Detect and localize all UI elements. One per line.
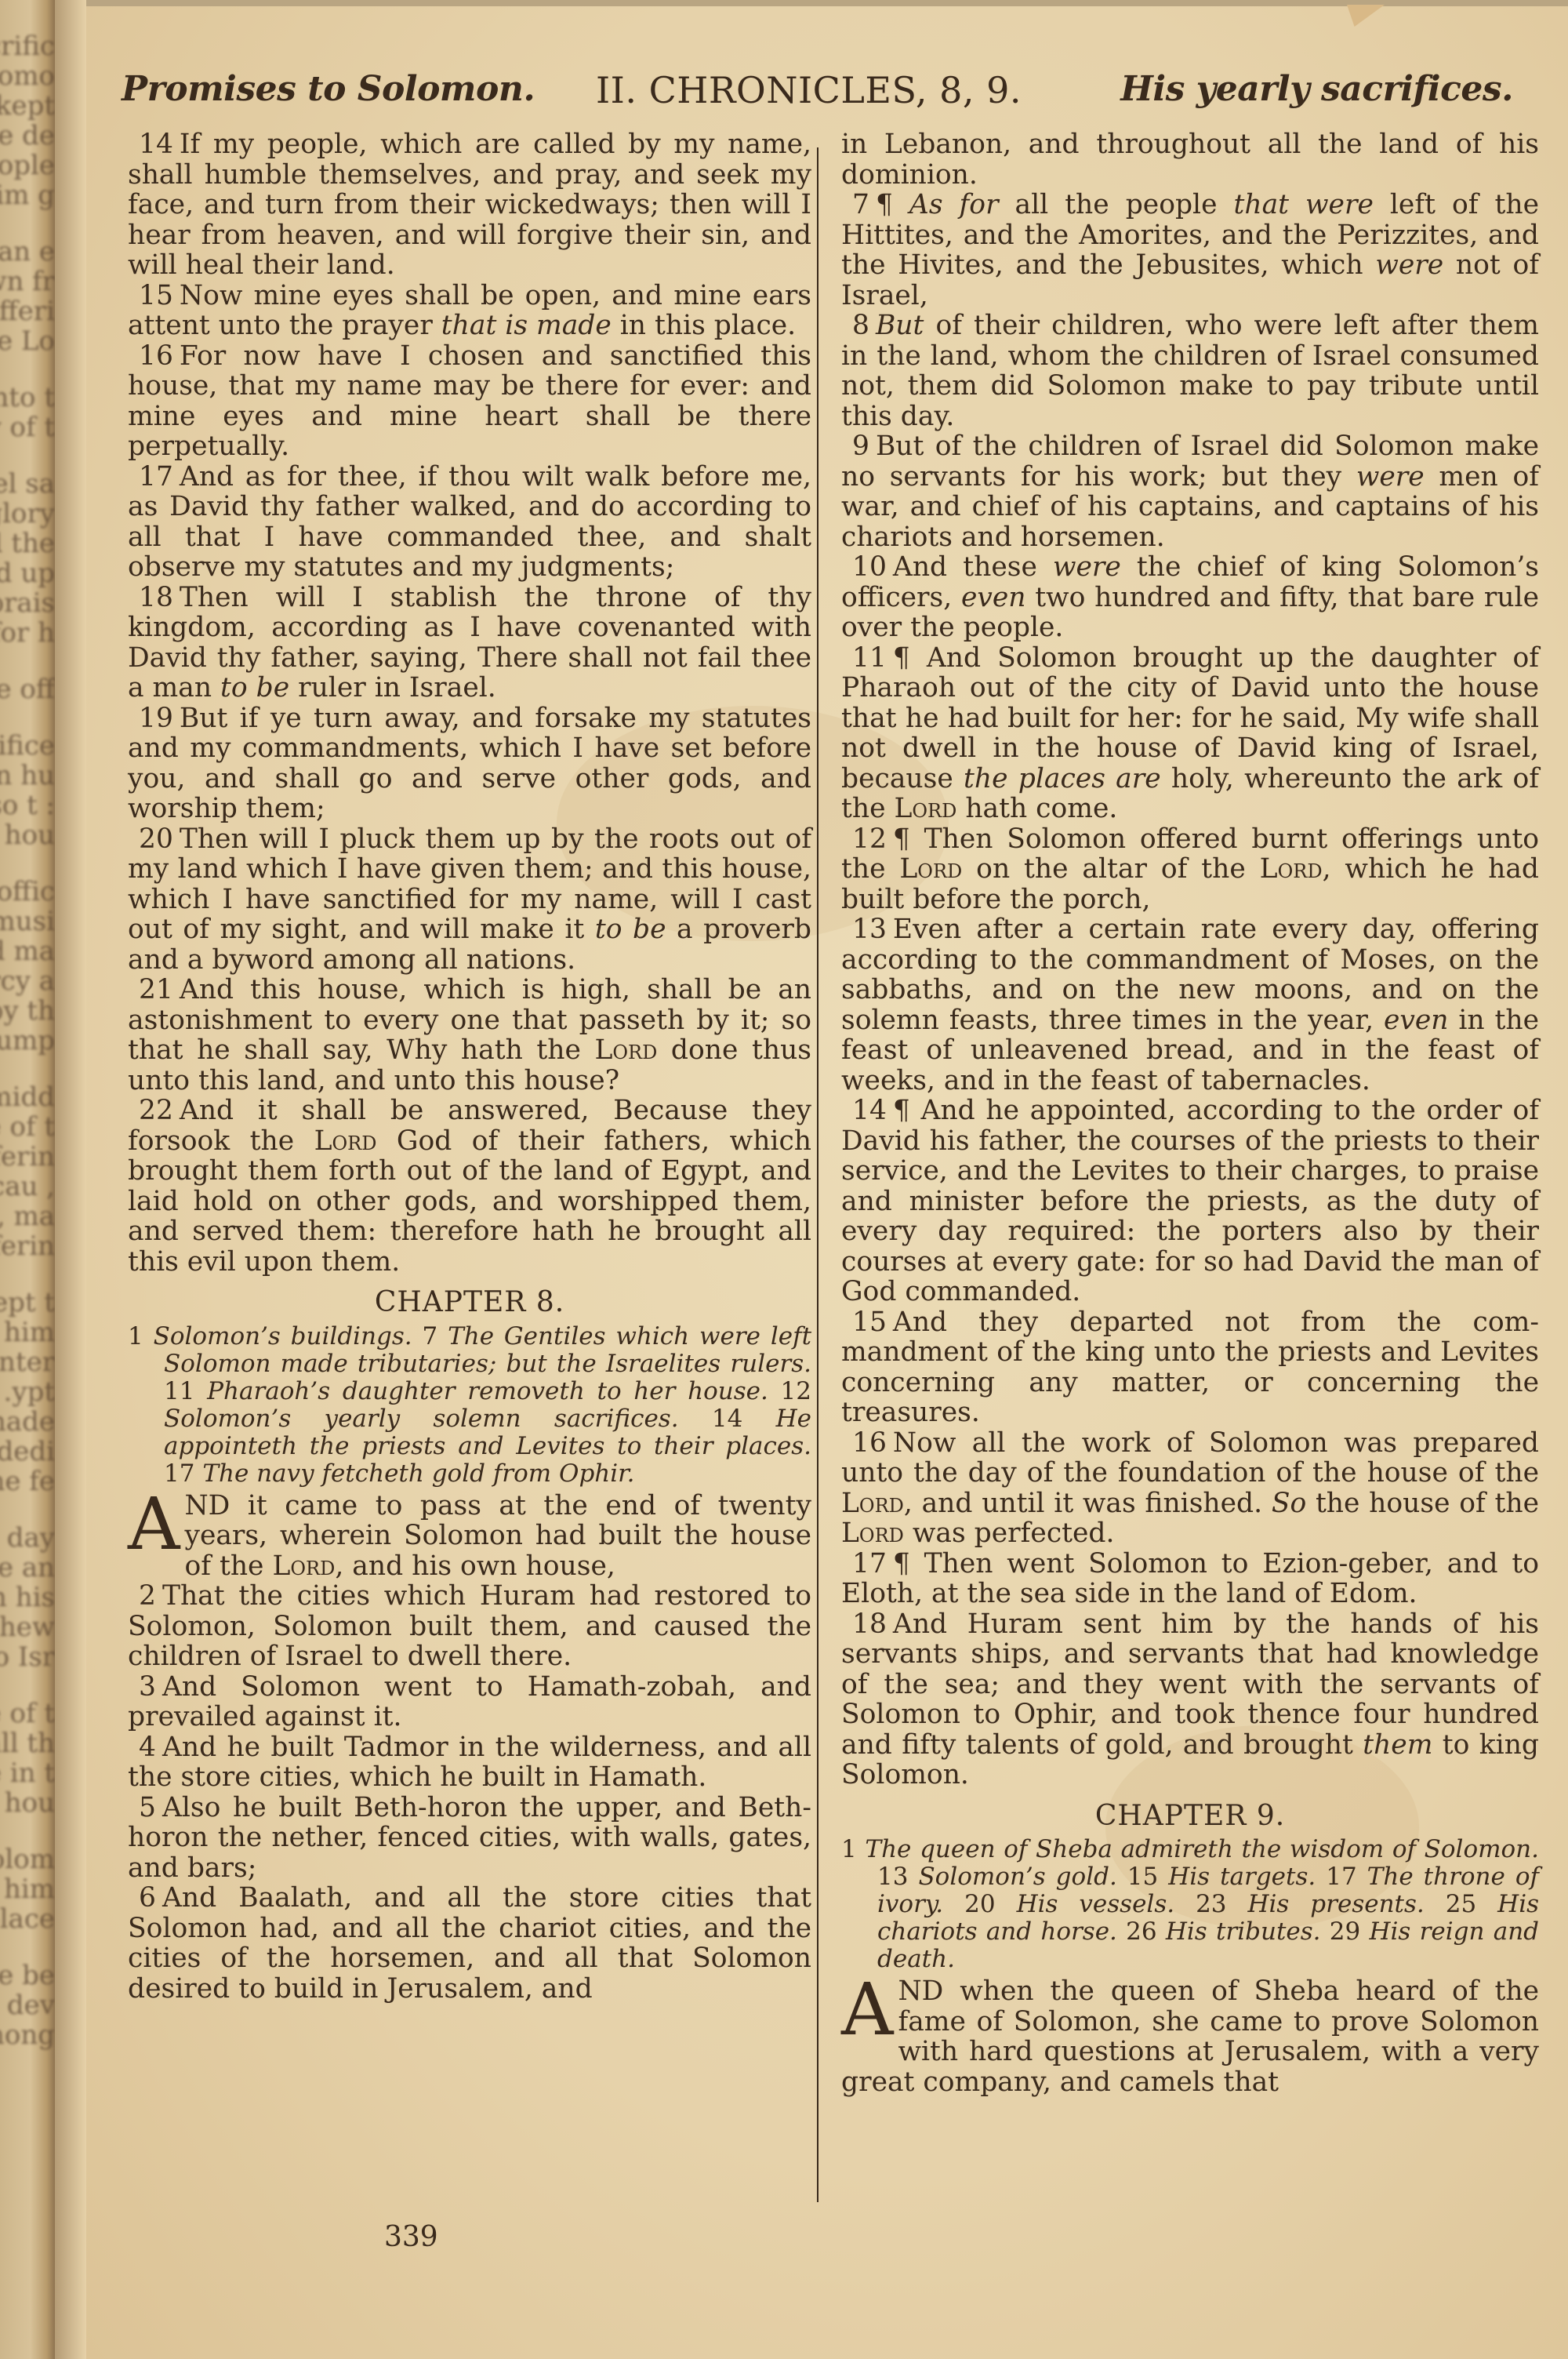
facing-page-fragment: ve him — [0, 1874, 55, 1904]
verse-number: 9 — [852, 431, 869, 462]
verse: 4And he built Tadmor in the wilderness, … — [128, 1732, 811, 1793]
running-header: Promises to Solomon. II. CHRONICLES, 8, … — [122, 69, 1513, 113]
verse-number: 18 — [852, 1608, 887, 1640]
page-top-edge — [86, 0, 1568, 6]
verse-number: 18 — [139, 582, 173, 613]
verse-number: 8 — [852, 310, 869, 341]
gutter-shadow — [55, 0, 86, 2359]
verse: 16Now all the work of Solomon was pre­pa… — [841, 1428, 1539, 1549]
facing-page-fragment — [0, 648, 55, 674]
facing-page-fragment: the Lo — [0, 326, 55, 356]
verse-number: 13 — [852, 914, 887, 945]
verse: 21And this house, which is high, shall b… — [128, 975, 811, 1096]
text-segment: the house of the — [1306, 1488, 1539, 1519]
facing-page-fragment: enter — [0, 1347, 55, 1377]
verse: 16For now have I chosen and sanctified t… — [128, 341, 811, 462]
verse-number: 17 — [139, 461, 173, 493]
verse-number: 5 — [139, 1792, 156, 1823]
text-segment: all the people — [999, 189, 1234, 220]
facing-page-fragment: into t — [0, 383, 55, 413]
facing-page-fragment: had ma — [0, 936, 55, 966]
text-segment: And Solomon went to Hamath-zobah, and pr… — [128, 1671, 811, 1733]
small-caps-lord: Lord — [314, 1125, 377, 1157]
facing-page-fragment: glory — [0, 499, 55, 529]
text-segment: on the altar of the — [962, 853, 1259, 885]
text-segment: 17 — [164, 1459, 202, 1488]
chapter-8-summary: 1 Solomon’s buildings. 7 The Gentiles wh… — [128, 1323, 811, 1488]
italic-text: were — [1375, 249, 1443, 281]
facing-page-fragment: ple off — [0, 674, 55, 704]
facing-page-fragment: offerin — [0, 1231, 55, 1261]
facing-page-fragment: ple an — [0, 1553, 55, 1583]
facing-page-fragment: ry of t — [0, 413, 55, 442]
pilcrow-icon: ¶ — [876, 189, 909, 220]
facing-page-fragment: f musi — [0, 907, 55, 936]
text-segment: And he appointed, according to the order… — [841, 1095, 1539, 1307]
text-segment: of their children, who were left after t… — [841, 310, 1539, 432]
facing-page-fragment — [0, 850, 55, 877]
text-segment: And they departed not from the com­mandm… — [841, 1307, 1539, 1429]
chapter-9-opening-verse: A ND when the queen of Sheba heard of th… — [841, 1976, 1539, 2097]
facing-page-fragment: an e — [0, 237, 55, 267]
text-segment: But if ye turn away, and forsake my stat… — [128, 703, 811, 825]
facing-page-fragment — [0, 1496, 55, 1523]
text-segment: 25 — [1446, 1890, 1497, 1918]
continuation-text: in Lebanon, and throughout all the land … — [841, 129, 1539, 190]
verse-number: 16 — [852, 1427, 887, 1459]
facing-page-fragment: to Isr — [0, 1642, 55, 1672]
facing-page-fragment: se of t — [0, 1699, 55, 1728]
text-segment: in Lebanon, and throughout all the land … — [841, 129, 1539, 191]
facing-page-fragment — [0, 356, 55, 383]
facing-page-fragment: wn fr — [0, 267, 55, 296]
verse: 12¶ Then Solomon offered burnt offerings… — [841, 824, 1539, 915]
italic-text: to be — [595, 914, 666, 945]
text-segment: ruler in Israel. — [289, 672, 496, 703]
facing-page-text: acrificSolomokeptthe deeople.him gan ewn… — [0, 0, 55, 2050]
facing-page-fragment: e midd — [0, 1082, 55, 1112]
chapter-8-heading: CHAPTER 8. — [128, 1288, 811, 1318]
text-segment: For now have I chosen and sanctified thi… — [128, 340, 811, 463]
verse-number: 16 — [139, 340, 173, 372]
italic-text: So — [1272, 1488, 1306, 1519]
italic-text: But — [876, 310, 924, 341]
verse: 10And these were the chief of king Solo­… — [841, 552, 1539, 643]
small-caps-lord: Lord — [899, 853, 962, 885]
facing-page-fragment: Solom — [0, 1845, 55, 1874]
small-caps-lord: Lord — [894, 793, 956, 824]
text-segment: , and his own house, — [335, 1550, 615, 1582]
text-segment: His tributes. — [1166, 1917, 1330, 1946]
text-segment: 26 — [1126, 1917, 1166, 1946]
text-segment: And Baalath, and all the store cities th… — [128, 1882, 811, 2005]
text-segment: Then went Solomon to Ezion-geber, and to… — [841, 1548, 1539, 1610]
facing-page-fragment: ypt. — [0, 1377, 55, 1407]
text-segment: 15 — [1127, 1863, 1168, 1891]
text-segment: And as for thee, if thou wilt walk be­fo… — [128, 461, 811, 583]
verse: 15And they departed not from the com­man… — [841, 1307, 1539, 1428]
facing-page-fragment: him g — [0, 180, 55, 210]
text-segment: Solomon’s buildings. — [154, 1322, 423, 1350]
text-segment: in this place. — [612, 310, 796, 341]
italic-text: them — [1363, 1729, 1432, 1761]
verse: 18And Huram sent him by the hands of his… — [841, 1609, 1539, 1790]
facing-page-fragment: h him — [0, 1318, 55, 1347]
verse: 22And it shall be answered, Because they… — [128, 1096, 811, 1277]
drop-cap: A — [128, 1496, 180, 1554]
text-segment: His vessels. — [1017, 1890, 1196, 1918]
text-segment: 1 — [128, 1322, 154, 1350]
facing-page-fragment: trump — [0, 1026, 55, 1056]
facing-page-fragment — [0, 210, 55, 237]
verse-number: 3 — [139, 1671, 156, 1703]
facing-page-fragment: r offic — [0, 877, 55, 907]
small-caps-lord: Lord — [594, 1034, 657, 1066]
text-segment: Solomon’s yearly so­lemn sacrifices. — [164, 1405, 712, 1433]
text-segment: ND when the queen of Sheba heard of the … — [841, 1976, 1539, 2098]
text-segment: 13 — [877, 1863, 918, 1891]
verse: 2That the cities which Huram had re­stor… — [128, 1581, 811, 1672]
facing-page-fragment: eople. — [0, 151, 55, 180]
verse: 8But of their children, who were left af… — [841, 311, 1539, 431]
facing-page-fragment: offeri — [0, 296, 55, 326]
text-segment: 12 — [781, 1377, 811, 1405]
text-segment: Also he built Beth-horon the upper, and … — [128, 1792, 811, 1884]
verse-number: 12 — [852, 823, 887, 855]
text-segment: 29 — [1330, 1917, 1370, 1946]
italic-text: were — [1053, 551, 1121, 583]
facing-page-fragment — [0, 1934, 55, 1961]
facing-page-fragment: ed the — [0, 529, 55, 558]
italic-text: that is made — [441, 310, 612, 341]
text-segment: , and until it was finished. — [904, 1488, 1272, 1519]
text-segment: His presents. — [1247, 1890, 1445, 1918]
chapter-9-heading: CHAPTER 9. — [841, 1801, 1539, 1832]
facing-page-fragment: s for h — [0, 618, 55, 648]
text-segment: Pharaoh’s daughter re­moveth to her hous… — [207, 1377, 780, 1405]
verse-number: 10 — [852, 551, 887, 583]
verse: 19But if ye turn away, and forsake my st… — [128, 703, 811, 824]
facing-page-fragment: in his — [0, 1583, 55, 1612]
chapter-9-summary: 1 The queen of Sheba admireth the wisdom… — [841, 1836, 1539, 1973]
italic-text: the places are — [964, 763, 1161, 794]
text-segment: The navy fetcheth gold from Ophir. — [202, 1459, 634, 1488]
verse: 17¶ Then went Solomon to Ezion-geber, an… — [841, 1549, 1539, 1609]
text-segment: 14 — [712, 1405, 776, 1433]
facing-page-fragment: place — [0, 1904, 55, 1934]
left-column: 14If my people, which are called by my n… — [128, 129, 811, 2004]
facing-page-fragment — [0, 442, 55, 469]
drop-cap: A — [841, 1981, 893, 2039]
verse-number: 7 — [852, 189, 869, 220]
text-segment: 20 — [964, 1890, 1016, 1918]
pilcrow-icon: ¶ — [893, 1548, 924, 1579]
facing-page-fragment: e dedi — [0, 1437, 55, 1467]
facing-page-fragment: acrific — [0, 31, 55, 61]
facing-page-fragment: , becau — [0, 1172, 55, 1201]
italic-text: even — [1384, 1005, 1449, 1036]
chapter-8-opening-verse: A ND it came to pass at the end of twent… — [128, 1491, 811, 1582]
text-segment: Now all the work of Solomon was pre­pare… — [841, 1427, 1539, 1489]
facing-page-fragment: l prais — [0, 588, 55, 618]
facing-page-fragment — [0, 1261, 55, 1288]
verse-number: 11 — [852, 642, 887, 674]
verse-number: 17 — [852, 1548, 887, 1579]
verse: 17And as for thee, if thou wilt walk be­… — [128, 462, 811, 583]
facing-page-fragment: : so t — [0, 791, 55, 820]
verse: 14¶ And he appointed, according to the o… — [841, 1096, 1539, 1307]
verse-number: 21 — [139, 974, 173, 1005]
verse-number: 14 — [852, 1095, 887, 1126]
italic-text: that were — [1234, 189, 1374, 220]
text-segment: The queen of Sheba admireth the wisdom o… — [865, 1835, 1539, 1863]
facing-page-fragment — [0, 1056, 55, 1082]
facing-page-fragment: nd up — [0, 558, 55, 588]
verse-number: 15 — [852, 1307, 887, 1338]
verse-number: 14 — [139, 129, 173, 160]
small-caps-lord: Lord — [1260, 853, 1323, 885]
text-segment: was perfected. — [904, 1518, 1115, 1549]
right-verses: 7¶ As for all the people that were left … — [841, 190, 1539, 1790]
facing-page-fragment: l by th — [0, 996, 55, 1026]
text-segment: His targets. — [1168, 1863, 1326, 1891]
facing-page-fragment: mong — [0, 2020, 55, 2050]
italic-text: As for — [909, 189, 999, 220]
facing-page-fragment — [0, 1818, 55, 1845]
text-segment: That the cities which Huram had re­store… — [128, 1580, 811, 1672]
facing-page-fragment: the fe — [0, 1467, 55, 1496]
verse: 15Now mine eyes shall be open, and mine … — [128, 281, 811, 341]
verse-number: 2 — [139, 1580, 156, 1612]
small-caps-lord: Lord — [841, 1488, 904, 1519]
facing-page-fragment: all th — [0, 1728, 55, 1758]
text-segment: 23 — [1196, 1890, 1247, 1918]
small-caps-lord: Lord — [841, 1518, 904, 1549]
text-segment: 7 — [423, 1322, 448, 1350]
right-column: in Lebanon, and throughout all the land … — [841, 129, 1539, 2097]
facing-page-edge: acrificSolomokeptthe deeople.him gan ewn… — [0, 0, 55, 2359]
facing-page-fragment: l an hu — [0, 761, 55, 791]
italic-text: to be — [220, 672, 289, 703]
facing-page-fragment: ce in t — [0, 1758, 55, 1788]
facing-page-fragment — [0, 704, 55, 731]
facing-page-fragment: he hou — [0, 820, 55, 850]
pilcrow-icon: ¶ — [893, 1095, 921, 1126]
facing-page-fragment: n hou — [0, 1788, 55, 1818]
text-segment: If my people, which are called by my nam… — [128, 129, 811, 281]
verse-number: 20 — [139, 823, 173, 855]
verse: 11¶ And Solomon brought up the daugh­ter… — [841, 643, 1539, 824]
text-segment: And these — [893, 551, 1053, 583]
running-head-left: Promises to Solomon. — [122, 69, 535, 109]
verse-number: 4 — [139, 1732, 156, 1763]
verse: 9But of the children of Israel did Solom… — [841, 431, 1539, 552]
verse-number: 19 — [139, 703, 173, 734]
verse: 5Also he built Beth-horon the upper, and… — [128, 1793, 811, 1884]
facing-page-fragment: l shew — [0, 1612, 55, 1642]
facing-page-fragment: ercy a — [0, 966, 55, 996]
small-caps-lord: Lord — [272, 1550, 335, 1582]
text-segment: Solomon’s gold. — [918, 1863, 1127, 1891]
verse-number: 22 — [139, 1095, 173, 1126]
chapter-8-verses: 2That the cities which Huram had re­stor… — [128, 1581, 811, 2004]
left-verses: 14If my people, which are called by my n… — [128, 129, 811, 1277]
text-segment: 1 — [841, 1835, 865, 1863]
text-segment: 17 — [1326, 1863, 1367, 1891]
verse: 3And Solomon went to Hamath-zobah, and p… — [128, 1672, 811, 1732]
verse: 13Even after a certain rate every day, o… — [841, 914, 1539, 1096]
verse: 18Then will I stablish the throne of thy… — [128, 583, 811, 703]
facing-page-fragment: made — [0, 1407, 55, 1437]
running-head-right: His yearly sacrifices. — [1120, 69, 1513, 109]
verse-number: 15 — [139, 280, 173, 311]
facing-page-fragment: rael sa — [0, 469, 55, 499]
italic-text: even — [961, 582, 1026, 613]
verse: 20Then will I pluck them up by the roots… — [128, 824, 811, 976]
facing-page-fragment: ad, ma — [0, 1201, 55, 1231]
facing-page-fragment: Solomo — [0, 61, 55, 91]
text-segment: 11 — [164, 1377, 207, 1405]
facing-page-fragment: the de — [0, 121, 55, 151]
facing-page-fragment: kept t — [0, 1288, 55, 1318]
verse: 6And Baalath, and all the store cities t… — [128, 1883, 811, 2004]
page-number: 339 — [384, 2221, 438, 2253]
text-segment: And he built Tadmor in the wilderness, a… — [128, 1732, 811, 1794]
facing-page-fragment: se of t — [0, 1112, 55, 1142]
facing-page-fragment: offerin — [0, 1142, 55, 1172]
text-segment: hath come. — [956, 793, 1117, 824]
facing-page-fragment: h day — [0, 1523, 55, 1553]
verse: 7¶ As for all the people that were left … — [841, 190, 1539, 311]
verse-number: 6 — [139, 1882, 156, 1914]
verse: 14If my people, which are called by my n… — [128, 129, 811, 281]
italic-text: were — [1356, 461, 1425, 493]
running-head-center: II. CHRONICLES, 8, 9. — [596, 69, 1022, 111]
facing-page-fragment — [0, 1672, 55, 1699]
facing-page-fragment: kept — [0, 91, 55, 121]
facing-page-fragment: o dev — [0, 1990, 55, 2020]
facing-page-fragment: crifice — [0, 731, 55, 761]
pilcrow-icon: ¶ — [893, 823, 924, 855]
column-divider — [817, 147, 818, 2202]
pilcrow-icon: ¶ — [893, 642, 927, 674]
facing-page-fragment: re be — [0, 1961, 55, 1990]
